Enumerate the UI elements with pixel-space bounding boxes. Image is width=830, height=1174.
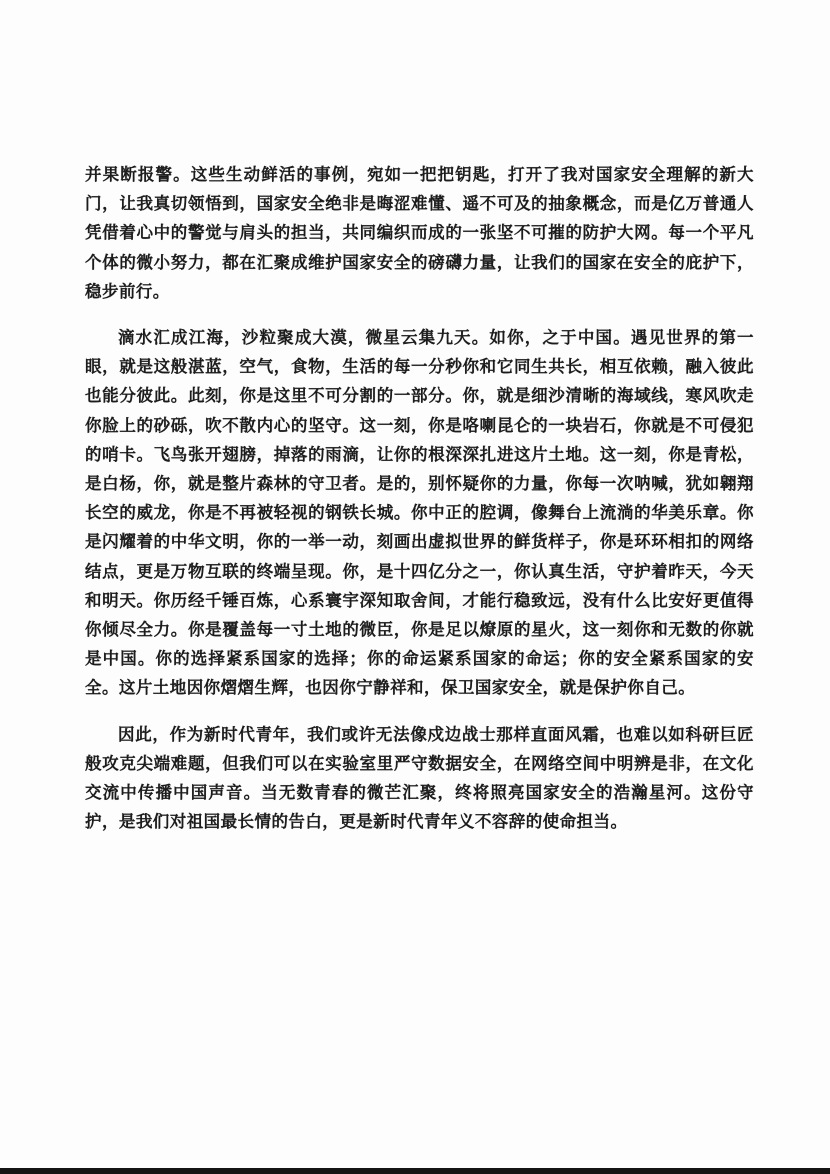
essay-paragraph-1: 并果断报警。这些生动鲜活的事例，宛如一把把钥匙，打开了我对国家安全理解的新大门，… (85, 161, 754, 307)
essay-paragraph-2: 滴水汇成江海，沙粒聚成大漠，微星云集九天。如你，之于中国。遇见世界的第一眼，就是… (85, 324, 754, 704)
essay-paragraph-3: 因此，作为新时代青年，我们或许无法像戍边战士那样直面风霜，也难以如科研巨匠般攻克… (85, 721, 754, 838)
essay-body: 并果断报警。这些生动鲜活的事例，宛如一把把钥匙，打开了我对国家安全理解的新大门，… (85, 161, 754, 854)
scanned-document-page: 并果断报警。这些生动鲜活的事例，宛如一把把钥匙，打开了我对国家安全理解的新大门，… (0, 0, 830, 1174)
page-bottom-scan-edge (0, 1168, 830, 1174)
